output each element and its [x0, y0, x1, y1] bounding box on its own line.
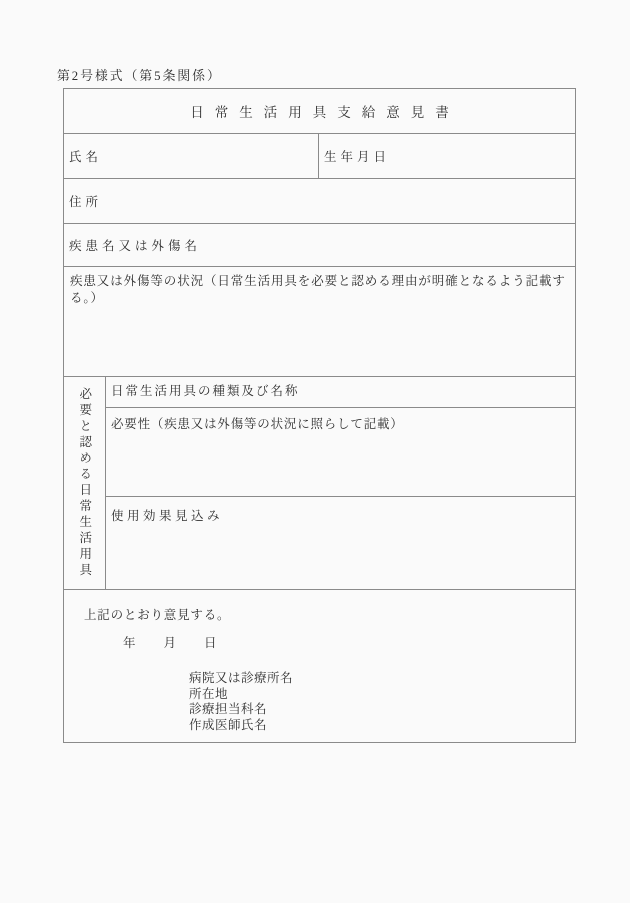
equipment-side-cell: 必要と認める日常生活用具	[64, 377, 106, 589]
equipment-section: 必要と認める日常生活用具 日常生活用具の種類及び名称 必要性（疾患又は外傷等の状…	[64, 376, 575, 589]
form-number-note: 第2号様式（第5条関係）	[57, 65, 222, 84]
signature-block: 病院又は診療所名 所在地 診療担当科名 作成医師氏名	[189, 671, 575, 733]
hospital-name-line: 病院又は診療所名	[189, 671, 575, 687]
opinion-statement: 上記のとおり意見する。	[84, 608, 575, 622]
department-line: 診療担当科名	[189, 702, 575, 718]
page-title: 日常生活用具支給意見書	[190, 101, 460, 121]
location-line: 所在地	[189, 687, 575, 703]
doctor-name-line: 作成医師氏名	[189, 718, 575, 734]
address-cell: 住所	[64, 179, 575, 223]
equipment-type-row: 日常生活用具の種類及び名称	[106, 377, 575, 407]
title-row: 日常生活用具支給意見書	[64, 89, 575, 133]
expected-effect-label: 使用効果見込み	[106, 497, 575, 524]
opinion-form-table: 日常生活用具支給意見書 氏名 生年月日 住所 疾患名又は外傷名 疾患又は外傷等の…	[63, 88, 576, 743]
date-line: 年 月 日	[123, 636, 575, 650]
disease-name-cell: 疾患名又は外傷名	[64, 224, 575, 266]
equipment-side-label: 必要と認める日常生活用具	[78, 387, 91, 579]
expected-effect-row: 使用効果見込み	[106, 496, 575, 589]
birthdate-cell: 生年月日	[318, 134, 575, 178]
opinion-body: 上記のとおり意見する。 年 月 日 病院又は診療所名 所在地 診療担当科名 作成…	[64, 590, 575, 733]
address-row: 住所	[64, 178, 575, 223]
condition-status-label: 疾患又は外傷等の状況（日常生活用具を必要と認める理由が明確となるよう記載する。）	[64, 267, 575, 307]
equipment-type-label: 日常生活用具の種類及び名称	[106, 377, 575, 399]
disease-name-label: 疾患名又は外傷名	[69, 236, 201, 254]
opinion-section: 上記のとおり意見する。 年 月 日 病院又は診療所名 所在地 診療担当科名 作成…	[64, 589, 575, 742]
necessity-label: 必要性（疾患又は外傷等の状況に照らして記載）	[106, 408, 575, 432]
name-label: 氏名	[69, 147, 102, 165]
equipment-main-column: 日常生活用具の種類及び名称 必要性（疾患又は外傷等の状況に照らして記載） 使用効…	[106, 377, 575, 589]
necessity-row: 必要性（疾患又は外傷等の状況に照らして記載）	[106, 407, 575, 496]
name-birthdate-row: 氏名 生年月日	[64, 133, 575, 178]
birthdate-label: 生年月日	[324, 147, 390, 165]
condition-status-row: 疾患又は外傷等の状況（日常生活用具を必要と認める理由が明確となるよう記載する。）	[64, 266, 575, 376]
address-label: 住所	[69, 192, 102, 210]
disease-name-row: 疾患名又は外傷名	[64, 223, 575, 266]
name-cell: 氏名	[64, 134, 318, 178]
